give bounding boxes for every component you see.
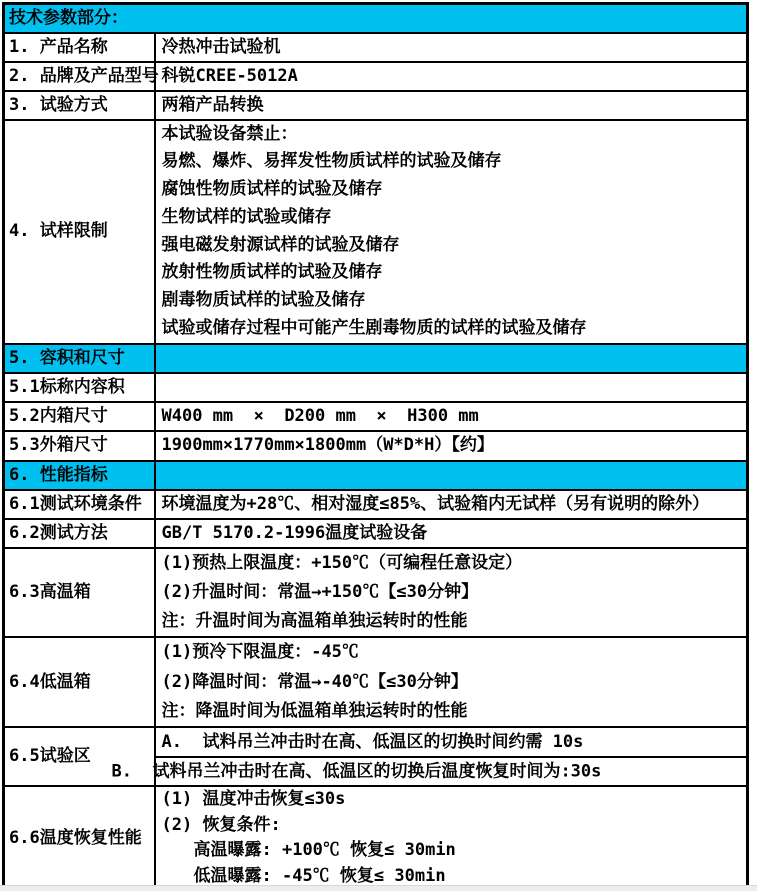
row-label-cell: 6.3高温箱: [4, 548, 155, 638]
value-line: 高温曝露: +100℃ 恢复≤ 30min: [162, 838, 742, 864]
section-row: 6. 性能指标: [4, 461, 748, 490]
table-row: 5.1标称内容积: [4, 373, 748, 402]
value-line: 腐蚀性物质试样的试验及储存: [162, 176, 742, 204]
value-line: (2) 恢复条件:: [162, 813, 742, 839]
table-row: 6.6温度恢复性能(1) 温度冲击恢复≤30s(2) 恢复条件:高温曝露: +1…: [4, 786, 748, 891]
spec-table: 技术参数部分：1. 产品名称冷热冲击试验机2. 品牌及产品型号科锐CREE-50…: [2, 2, 749, 891]
row-label-cell: 5.2内箱尺寸: [4, 402, 155, 431]
row-label-cell: 6.4低温箱: [4, 637, 155, 727]
table-row: 2. 品牌及产品型号科锐CREE-5012A: [4, 62, 748, 91]
row-value-cell-a: A. 试料吊兰冲击时在高、低温区的切换时间约需 10s: [155, 727, 748, 757]
row-value-cell: 冷热冲击试验机: [155, 33, 748, 62]
row-label-cell: 5.3外箱尺寸: [4, 431, 155, 461]
table-row: 6.2测试方法GB/T 5170.2-1996温度试验设备: [4, 519, 748, 548]
row-label-cell: 6.2测试方法: [4, 519, 155, 548]
overflow-value-line: B. 试料吊兰冲击时在高、低温区的切换后温度恢复时间为:30s: [112, 759, 602, 784]
section-label-cell: 6. 性能指标: [4, 461, 155, 490]
spec-table-body: 技术参数部分：1. 产品名称冷热冲击试验机2. 品牌及产品型号科锐CREE-50…: [4, 4, 748, 891]
row-value-cell: (1)预冷下限温度：-45℃(2)降温时间：常温→-40℃【≤30分钟】注：降温…: [155, 637, 748, 727]
table-row: 3. 试验方式两箱产品转换: [4, 91, 748, 120]
row-label-cell: 3. 试验方式: [4, 91, 155, 120]
row-value-cell: 1900mm×1770mm×1800mm（W*D*H）【约】: [155, 431, 748, 461]
value-line: (2)升温时间：常温→+150℃【≤30分钟】: [162, 578, 742, 607]
table-row: 4. 试样限制本试验设备禁止：易燃、爆炸、易挥发性物质试样的试验及储存腐蚀性物质…: [4, 120, 748, 344]
section-value-cell: [155, 461, 748, 490]
value-line: 生物试样的试验或储存: [162, 204, 742, 232]
value-line: 本试验设备禁止：: [162, 121, 742, 149]
value-line: 剧毒物质试样的试验及储存: [162, 287, 742, 315]
screenshot-bottom-edge: [0, 885, 757, 891]
row-value-cell: (1) 温度冲击恢复≤30s(2) 恢复条件:高温曝露: +100℃ 恢复≤ 3…: [155, 786, 748, 891]
table-row: 6.5试验区A. 试料吊兰冲击时在高、低温区的切换时间约需 10s: [4, 727, 748, 757]
row-label-cell: 4. 试样限制: [4, 120, 155, 344]
table-row: 5.3外箱尺寸1900mm×1770mm×1800mm（W*D*H）【约】: [4, 431, 748, 461]
row-value-cell: 科锐CREE-5012A: [155, 62, 748, 91]
spec-sheet: 技术参数部分：1. 产品名称冷热冲击试验机2. 品牌及产品型号科锐CREE-50…: [0, 2, 757, 891]
value-line: 放射性物质试样的试验及储存: [162, 259, 742, 287]
table-title-row: 技术参数部分：: [4, 4, 748, 33]
value-line: 易燃、爆炸、易挥发性物质试样的试验及储存: [162, 148, 742, 176]
row-label-cell: 6.6温度恢复性能: [4, 786, 155, 891]
value-line: 强电磁发射源试样的试验及储存: [162, 232, 742, 260]
table-row: 6.3高温箱(1)预热上限温度：+150℃（可编程任意设定）(2)升温时间：常温…: [4, 548, 748, 638]
value-line: (1) 温度冲击恢复≤30s: [162, 787, 742, 813]
row-value-cell-b: B. 试料吊兰冲击时在高、低温区的切换后温度恢复时间为:30s: [155, 757, 748, 786]
row-label-cell: 1. 产品名称: [4, 33, 155, 62]
value-line: 试验或储存过程中可能产生剧毒物质的试样的试验及储存: [162, 315, 742, 343]
row-label-cell: 6.1测试环境条件: [4, 490, 155, 519]
section-label-cell: 5. 容积和尺寸: [4, 344, 155, 373]
table-row: 6.1测试环境条件环境温度为+28℃、相对湿度≤85%、试验箱内无试样（另有说明…: [4, 490, 748, 519]
row-label-cell: 5.1标称内容积: [4, 373, 155, 402]
row-value-cell: W400 mm × D200 mm × H300 mm: [155, 402, 748, 431]
value-line: 注：降温时间为低温箱单独运转时的性能: [162, 697, 742, 726]
row-label-cell: 2. 品牌及产品型号: [4, 62, 155, 91]
value-line: (1)预热上限温度：+150℃（可编程任意设定）: [162, 549, 742, 578]
row-value-cell: 环境温度为+28℃、相对湿度≤85%、试验箱内无试样（另有说明的除外）: [155, 490, 748, 519]
row-value-cell: [155, 373, 748, 402]
row-value-cell: 两箱产品转换: [155, 91, 748, 120]
table-row: 5.2内箱尺寸W400 mm × D200 mm × H300 mm: [4, 402, 748, 431]
value-line: 注：升温时间为高温箱单独运转时的性能: [162, 607, 742, 636]
row-value-cell: GB/T 5170.2-1996温度试验设备: [155, 519, 748, 548]
row-value-cell: (1)预热上限温度：+150℃（可编程任意设定）(2)升温时间：常温→+150℃…: [155, 548, 748, 638]
row-value-cell: 本试验设备禁止：易燃、爆炸、易挥发性物质试样的试验及储存腐蚀性物质试样的试验及储…: [155, 120, 748, 344]
table-row: B. 试料吊兰冲击时在高、低温区的切换后温度恢复时间为:30s: [4, 757, 748, 786]
section-row: 5. 容积和尺寸: [4, 344, 748, 373]
section-value-cell: [155, 344, 748, 373]
table-row: 1. 产品名称冷热冲击试验机: [4, 33, 748, 62]
table-title-cell: 技术参数部分：: [4, 4, 748, 33]
table-row: 6.4低温箱(1)预冷下限温度：-45℃(2)降温时间：常温→-40℃【≤30分…: [4, 637, 748, 727]
value-line: (2)降温时间：常温→-40℃【≤30分钟】: [162, 668, 742, 697]
value-line: (1)预冷下限温度：-45℃: [162, 638, 742, 667]
